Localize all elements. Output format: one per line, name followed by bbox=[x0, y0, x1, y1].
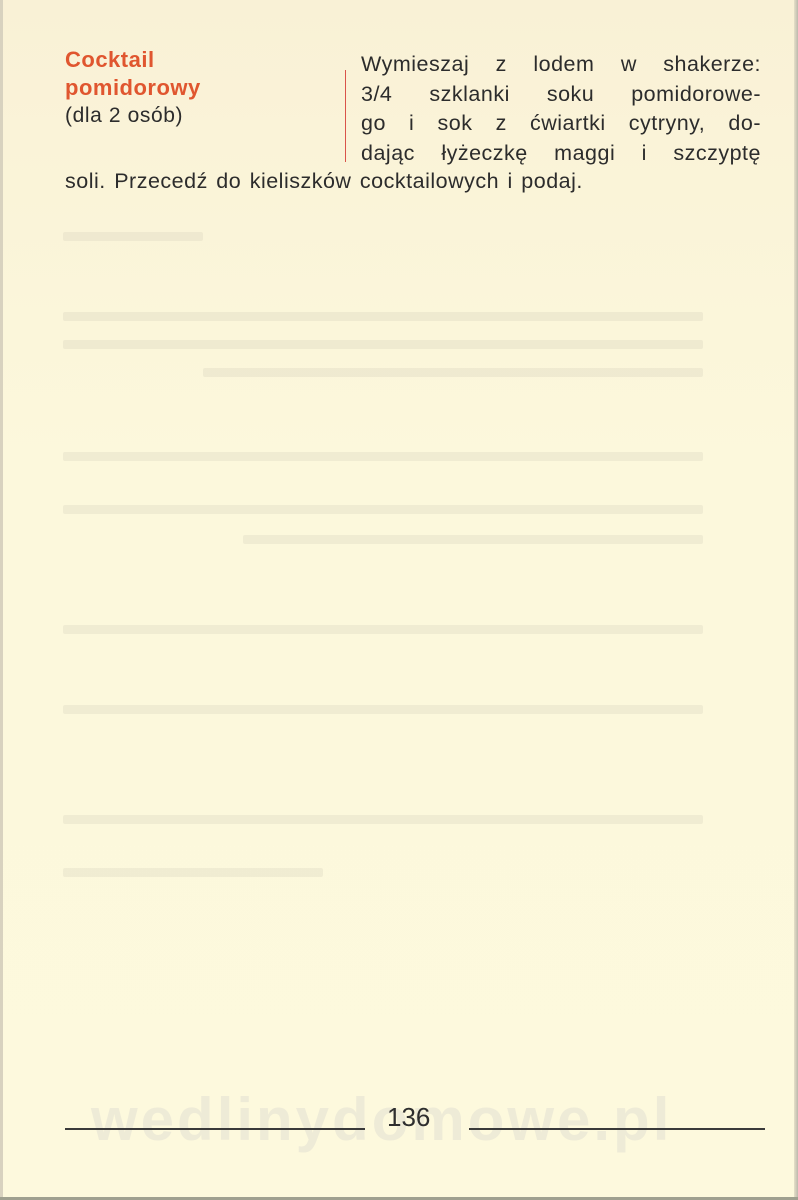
recipe-instructions: Wymieszaj z lodem w shakerze: 3/4 szklan… bbox=[361, 50, 761, 168]
show-through-text bbox=[63, 625, 703, 634]
column-divider bbox=[345, 70, 346, 162]
instruction-line: Wymieszaj z lodem w shakerze: bbox=[361, 50, 761, 80]
show-through-text bbox=[63, 505, 703, 514]
recipe-title: Cocktail pomidorowy bbox=[65, 46, 201, 102]
show-through-text bbox=[63, 232, 203, 241]
instruction-line: dając łyżeczkę maggi i szczyptę bbox=[361, 139, 761, 169]
instruction-line: 3/4 szklanki soku pomidorowe- bbox=[361, 80, 761, 110]
instruction-line: go i sok z ćwiartki cytryny, do- bbox=[361, 109, 761, 139]
show-through-text bbox=[243, 535, 703, 544]
recipe-title-line-1: Cocktail bbox=[65, 46, 201, 74]
footer-rule-right bbox=[469, 1128, 765, 1130]
show-through-text bbox=[63, 340, 703, 349]
page-footer: 136 bbox=[65, 1098, 765, 1138]
show-through-text bbox=[203, 368, 703, 377]
recipe-title-line-2: pomidorowy bbox=[65, 74, 201, 102]
page-number: 136 bbox=[387, 1102, 430, 1133]
footer-rule-left bbox=[65, 1128, 365, 1130]
show-through-text bbox=[63, 452, 703, 461]
show-through-text bbox=[63, 868, 323, 877]
page-edge-shadow bbox=[794, 0, 798, 1200]
book-page: Cocktail pomidorowy (dla 2 osób) Wymiesz… bbox=[0, 0, 798, 1200]
show-through-text bbox=[63, 815, 703, 824]
instruction-last-line: soli. Przecedź do kieliszków cocktailowy… bbox=[65, 167, 583, 197]
recipe-servings: (dla 2 osób) bbox=[65, 102, 183, 130]
show-through-text bbox=[63, 312, 703, 321]
show-through-text bbox=[63, 705, 703, 714]
